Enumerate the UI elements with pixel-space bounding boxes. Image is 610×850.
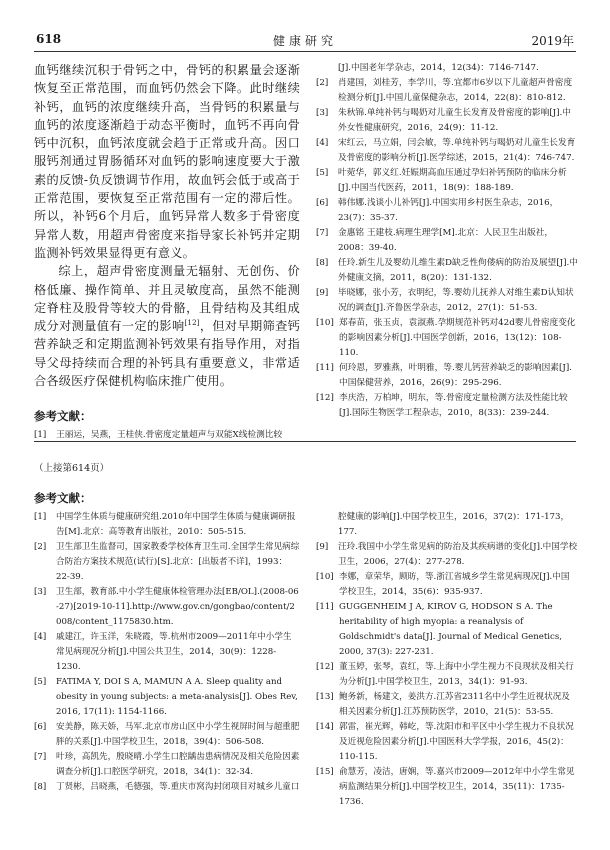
reference-item: [4]戚建江，许玉洋，朱晓霞，等.杭州市2009—2011年中小学生常见病现况分… bbox=[34, 630, 300, 675]
top-right-column: [J].中国老年学杂志，2014，12(34)：7146-7147. [2]肖建… bbox=[316, 61, 578, 421]
reference-item-continued: 腔健康的影响[J].中国学校卫生，2016，37(2)：171-173，177. bbox=[316, 510, 578, 540]
reference-item: [3]卫生部，教育部.中小学生健康体检管理办法[EB/OL].(2008-06-… bbox=[34, 585, 300, 630]
bottom-left-column: [1]中国学生体质与健康研究组.2010年中国学生体质与健康调研报告[M].北京… bbox=[34, 510, 300, 795]
top-left-column: 血钙继续沉积于骨钙之中，骨钙的积累量会逐渐恢复至正常范围，而血钙仍然会下降。此时… bbox=[34, 61, 300, 443]
continued-from-note: （上接第614页） bbox=[34, 460, 109, 474]
reference-item: [9]毕晓娜，张小芳，衣明纪，等.婴幼儿抚养人对维生素D认知状况的调查[J].齐… bbox=[316, 286, 578, 316]
references-heading-2: 参考文献： bbox=[34, 490, 92, 506]
reference-item: [12]董玉婷，张琴，袁红，等.上海中小学生视力不良现状及相关行为分析[J].中… bbox=[316, 660, 578, 690]
reference-item: [13]鲍务新，杨建文，姜洪方.江苏省2311名中小学生近视状况及相关因素分析[… bbox=[316, 690, 578, 720]
references-heading: 参考文献： bbox=[34, 408, 300, 424]
reference-item: [8]任玲.新生儿及婴幼儿维生素D缺乏性佝偻病的防治及展望[J].中外健康文摘，… bbox=[316, 256, 578, 286]
paragraph-2: 综上，超声骨密度测量无辐射、无创伤、价格低廉、操作简单、并且灵敏度高，虽然不能测… bbox=[34, 262, 300, 390]
running-header: 618 健康研究 2019年 bbox=[34, 30, 576, 50]
header-rule bbox=[34, 51, 576, 52]
reference-item: [2]卫生部卫生监督司，国家教委学校体育卫生司.全国学生常见病综合防治方案技术规… bbox=[34, 540, 300, 585]
reference-item: [15]俞慧芳，凌洁，唐娴，等.嘉兴市2009—2012年中小学生常见病监测结果… bbox=[316, 765, 578, 810]
issue-year: 2019年 bbox=[531, 32, 574, 49]
reference-item: [8]丁贤彬，吕晓燕，毛德强，等.重庆市窝沟封闭项目对城乡儿童口 bbox=[34, 780, 300, 795]
bottom-right-column: 腔健康的影响[J].中国学校卫生，2016，37(2)：171-173，177.… bbox=[316, 510, 578, 810]
reference-item: [10]李娜，章荣华，顾昉，等.浙江省城乡学生常见病现况[J].中国学校卫生，2… bbox=[316, 570, 578, 600]
reference-item: [10]郑春苗，张玉贞，袁淑燕.孕期规范补钙对42d婴儿骨密度变化的影响因素分析… bbox=[316, 316, 578, 361]
reference-item: [2]肖建国，刘桂芳，李学川，等.宜都市6岁以下儿童超声骨密度检测分析[J].中… bbox=[316, 76, 578, 106]
reference-item: [5]叶菀华，郭义红.妊娠期高血压通过孕妇补钙预防的临床分析[J].中国当代医药… bbox=[316, 166, 578, 196]
reference-item: [14]郭雷，崔光辉，韩屹，等.沈阳市和平区中小学生视力不良状况及近视危险因素分… bbox=[316, 720, 578, 765]
reference-item: [12]李庆浩，万柏坤，明东，等.骨密度定量检测方法及性能比较[J].国际生物医… bbox=[316, 391, 578, 421]
paragraph-1: 血钙继续沉积于骨钙之中，骨钙的积累量会逐渐恢复至正常范围，而血钙仍然会下降。此时… bbox=[34, 61, 300, 262]
journal-title: 健康研究 bbox=[34, 32, 576, 49]
reference-item: [7]叶珍，高凯先，殷晓晴.小学生口腔龋齿患病情况及相关危险因素调查分析[J].… bbox=[34, 750, 300, 780]
reference-item: [1]中国学生体质与健康研究组.2010年中国学生体质与健康调研报告[M].北京… bbox=[34, 510, 300, 540]
reference-item: [3]朱秋锦.单纯补钙与喝奶对儿童生长发育及骨密度的影响[J].中外女性健康研究… bbox=[316, 106, 578, 136]
reference-item: [11]何玲恩，罗雅燕，叶明雅，等.婴儿钙营养缺乏的影响因素[J].中国保健营养… bbox=[316, 361, 578, 391]
reference-item: [5]FATIMA Y, DOI S A, MAMUN A A. Sleep q… bbox=[34, 675, 300, 720]
reference-item: [9]汪玲.我国中小学生常见病的防治及其疾病谱的变化[J].中国学校卫生，200… bbox=[316, 540, 578, 570]
reference-item: [7]金惠铭 王建枝.病理生理学[M].北京：人民卫生出版社，2008：39-4… bbox=[316, 226, 578, 256]
section-divider bbox=[34, 441, 576, 442]
reference-item-continued: [J].中国老年学杂志，2014，12(34)：7146-7147. bbox=[316, 61, 578, 76]
body-text: 血钙继续沉积于骨钙之中，骨钙的积累量会逐渐恢复至正常范围，而血钙仍然会下降。此时… bbox=[34, 61, 300, 390]
reference-item: [11]GUGGENHEIM J A, KIROV G, HODSON S A.… bbox=[316, 600, 578, 660]
reference-item: [6]韩伟娜.浅谈小儿补钙[J].中国实用乡村医生杂志，2016，23(7)：3… bbox=[316, 196, 578, 226]
citation-12[interactable]: [12] bbox=[185, 319, 200, 327]
reference-item: [4]宋红云，马立娟，闫会敏，等.单纯补钙与喝奶对儿童生长发育及骨密度的影响分析… bbox=[316, 136, 578, 166]
reference-item: [6]安美静，陈天娇，马军.北京市房山区中小学生视屏时间与超重肥胖的关系[J].… bbox=[34, 720, 300, 750]
